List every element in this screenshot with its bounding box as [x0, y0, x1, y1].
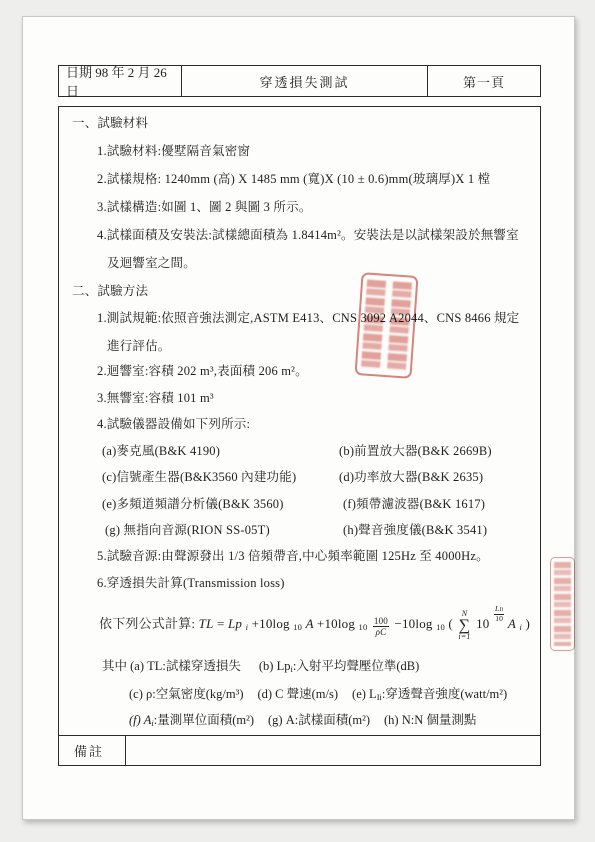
sigma-icon: ∑	[458, 618, 470, 633]
def-ai-desc: :量測單位面積(m²)	[154, 713, 254, 727]
note-cell-divider	[125, 735, 126, 765]
item-2-1-line2: 進行評估。	[107, 338, 171, 354]
item-2-1-line1: 1.測試規範:依照音強法測定,ASTM E413、CNS 3092 A2044、…	[97, 310, 519, 326]
def-tl: 其中 (a) TL:試樣穿透損失	[102, 659, 241, 673]
formula-ai-sub: i	[519, 622, 522, 632]
item-1-3: 3.試樣構造:如圖 1、圖 2 與圖 3 所示。	[97, 199, 312, 215]
definitions-row-1: 其中 (a) TL:試樣穿透損失(b) Lpi:入射平均聲壓位準(dB)	[102, 658, 419, 677]
equipment-g: (g) 無指向音源(RION SS-05T)	[105, 522, 270, 538]
def-a: (g) A:試樣面積(m²)	[268, 713, 370, 727]
item-1-2: 2.試樣規格: 1240mm (高) X 1485 mm (寬)X (10 ± …	[97, 171, 490, 187]
exponent-denominator: 10	[494, 615, 504, 624]
item-2-5: 5.試驗音源:由聲源發出 1/3 倍頻帶音,中心頻率範圍 125Hz 至 400…	[97, 548, 489, 564]
fraction-denominator: ρC	[373, 627, 389, 637]
equipment-c: (c)信號產生器(B&K3560 內建功能)	[102, 469, 296, 485]
equipment-h: (h)聲音強度儀(B&K 3541)	[343, 522, 487, 538]
red-seal-stamp-large	[354, 272, 418, 379]
equipment-b: (b)前置放大器(B&K 2669B)	[339, 443, 492, 459]
definitions-row-2: (c) ρ:空氣密度(kg/m³)(d) C 聲速(m/s)(e) LIi:穿透…	[129, 686, 507, 705]
note-row-divider	[58, 735, 541, 736]
scanned-document-page: 日期 98 年 2 月 26 日 穿透損失測試 第一頁 一、試驗材料 1.試驗材…	[0, 0, 595, 842]
summation-symbol: N∑i=1	[458, 610, 470, 641]
exponent-l-sub: Ii	[499, 607, 503, 613]
def-lp: (b) Lp	[259, 659, 291, 673]
transmission-loss-formula: 依下列公式計算: TL = Lp i +10log 10 A +10log 10…	[99, 605, 530, 641]
fraction-numerator: 100	[373, 616, 389, 627]
document-title: 穿透損失測試	[182, 66, 428, 96]
formula-log2-base: 10	[359, 622, 368, 632]
def-n: (h) N:N 個量測點	[384, 713, 476, 727]
def-rho: (c) ρ:空氣密度(kg/m³)	[129, 687, 243, 701]
formula-fraction: 100ρC	[373, 616, 389, 638]
item-1-4-line1: 4.試樣面積及安裝法:試樣總面積為 1.8414m²。安裝法是以試樣架設於無響室	[97, 227, 519, 243]
header-table: 日期 98 年 2 月 26 日 穿透損失測試 第一頁	[58, 65, 541, 97]
note-label: 備註	[74, 741, 104, 760]
formula-exponent: LIi10	[494, 605, 504, 624]
def-lp-desc: :入射平均聲壓位準(dB)	[293, 659, 419, 673]
formula-minus-log3: −10log	[394, 616, 432, 631]
equipment-a: (a)麥克風(B&K 4190)	[102, 443, 220, 459]
equipment-e: (e)多頻道頻譜分析儀(B&K 3560)	[102, 496, 284, 512]
def-c: (d) C 聲速(m/s)	[257, 687, 338, 701]
def-ai: (f) A	[129, 713, 151, 727]
summation-lower: i=1	[458, 633, 470, 641]
section-2-title: 二、試驗方法	[72, 283, 148, 299]
formula-area-a: A	[306, 616, 317, 631]
formula-equals: =	[217, 616, 228, 631]
formula-intro: 依下列公式計算:	[99, 616, 195, 631]
paper-sheet: 日期 98 年 2 月 26 日 穿透損失測試 第一頁 一、試驗材料 1.試驗材…	[22, 16, 575, 820]
formula-tl: TL	[199, 616, 214, 631]
formula-log3-base: 10	[436, 622, 445, 632]
formula-log1-base: 10	[293, 622, 302, 632]
red-seal-stamp-small	[550, 557, 575, 651]
formula-lp-sub: i	[246, 622, 249, 632]
formula-plus-log1: +10log	[252, 616, 290, 631]
formula-close-paren: )	[525, 616, 530, 631]
page-number: 第一頁	[428, 66, 540, 96]
definitions-row-3: (f) Ai:量測單位面積(m²)(g) A:試樣面積(m²)(h) N:N 個…	[129, 712, 476, 731]
equipment-f: (f)頻帶濾波器(B&K 1617)	[343, 496, 485, 512]
item-2-3: 3.無響室:容積 101 m³	[97, 390, 214, 406]
header-date: 日期 98 年 2 月 26 日	[59, 66, 182, 96]
item-2-6: 6.穿透損失計算(Transmission loss)	[97, 575, 285, 591]
equipment-d: (d)功率放大器(B&K 2635)	[339, 469, 483, 485]
item-1-4-line2: 及迴響室之間。	[107, 255, 196, 271]
formula-power-base: 10	[476, 616, 489, 631]
def-li: (e) L	[352, 687, 377, 701]
item-2-4: 4.試驗儀器設備如下列所示:	[97, 416, 250, 432]
report-body-table: 一、試驗材料 1.試驗材料:優墅隔音氣密窗 2.試樣規格: 1240mm (高)…	[58, 106, 541, 766]
def-li-desc: :穿透聲音強度(watt/m²)	[382, 687, 507, 701]
formula-ai: A	[508, 616, 516, 631]
formula-lp: Lp	[228, 616, 242, 631]
formula-plus-log2: +10log	[317, 616, 355, 631]
formula-open-paren: (	[448, 616, 453, 631]
item-2-2: 2.迴響室:容積 202 m³,表面積 206 m²。	[97, 363, 308, 379]
item-1-1: 1.試驗材料:優墅隔音氣密窗	[97, 143, 250, 159]
section-1-title: 一、試驗材料	[72, 115, 148, 131]
